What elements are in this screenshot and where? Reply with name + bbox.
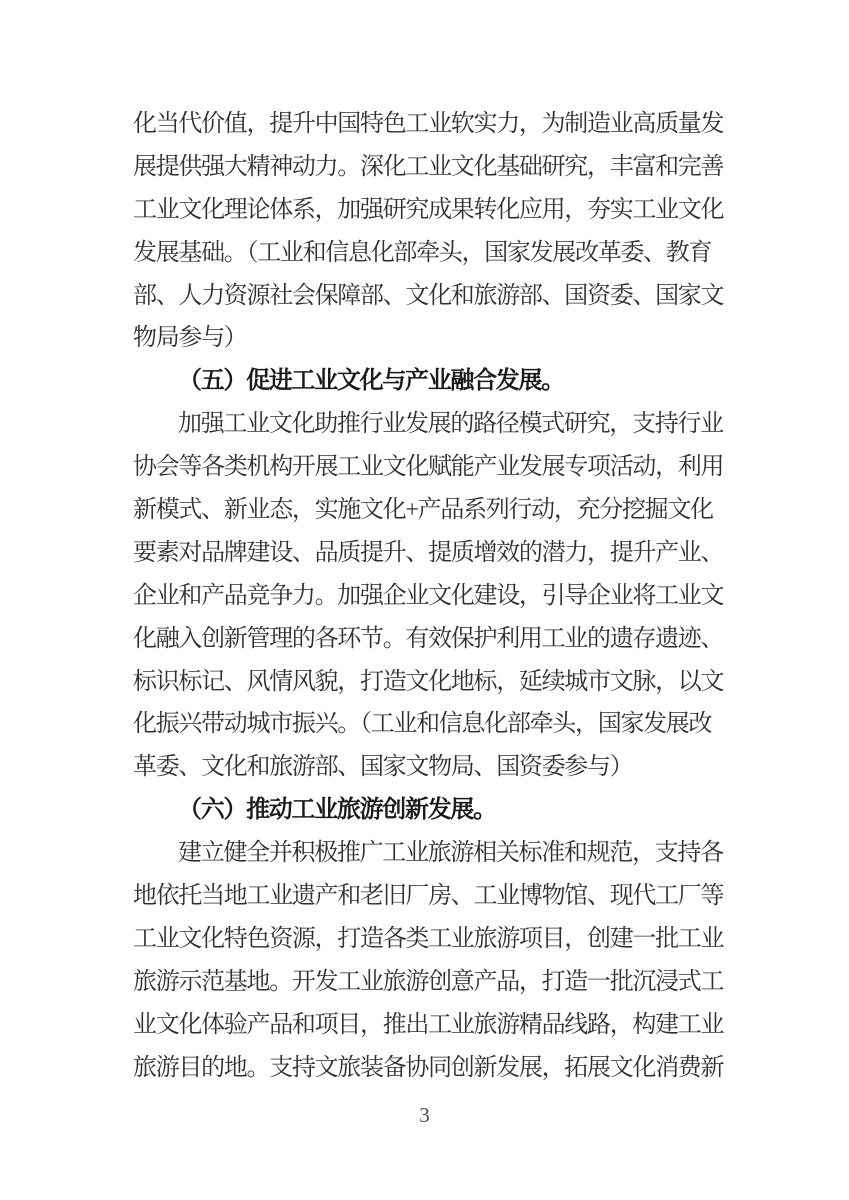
text-line: 旅游目的地。支持文旅装备协同创新发展，拓展文化消费新 — [133, 1047, 723, 1090]
text-line: 化当代价值，提升中国特色工业软实力，为制造业高质量发 — [133, 103, 723, 146]
text-line: 旅游示范基地。开发工业旅游创意产品，打造一批沉浸式工 — [133, 961, 723, 1004]
text-line: 部、人力资源社会保障部、文化和旅游部、国资委、国家文 — [133, 275, 723, 318]
text-line: 革委、文化和旅游部、国家文物局、国资委参与） — [133, 746, 723, 789]
text-line: 业文化体验产品和项目，推出工业旅游精品线路，构建工业 — [133, 1004, 723, 1047]
text-line: 要素对品牌建设、品质提升、提质增效的潜力，提升产业、 — [133, 532, 723, 575]
text-line: 化融入创新管理的各环节。有效保护利用工业的遗存遗迹、 — [133, 618, 723, 661]
text-line: 展提供强大精神动力。深化工业文化基础研究，丰富和完善 — [133, 146, 723, 189]
text-line: 工业文化特色资源，打造各类工业旅游项目，创建一批工业 — [133, 918, 723, 961]
text-line: 化振兴带动城市振兴。（工业和信息化部牵头，国家发展改 — [133, 703, 723, 746]
text-line: 标识标记、风情风貌，打造文化地标，延续城市文脉，以文 — [133, 661, 723, 704]
text-line: 工业文化理论体系，加强研究成果转化应用，夯实工业文化 — [133, 189, 723, 232]
document-page: 化当代价值，提升中国特色工业软实力，为制造业高质量发展提供强大精神动力。深化工业… — [0, 0, 849, 1200]
text-line: 协会等各类机构开展工业文化赋能产业发展专项活动，利用 — [133, 446, 723, 489]
text-line: 物局参与） — [133, 317, 723, 360]
text-line: 加强工业文化助推行业发展的路径模式研究，支持行业 — [133, 403, 723, 446]
document-body: 化当代价值，提升中国特色工业软实力，为制造业高质量发展提供强大精神动力。深化工业… — [133, 103, 723, 1089]
text-line: 企业和产品竞争力。加强企业文化建设，引导企业将工业文 — [133, 575, 723, 618]
text-line: 新模式、新业态，实施文化+产品系列行动，充分挖掘文化 — [133, 489, 723, 532]
section-heading: （五）促进工业文化与产业融合发展。 — [133, 360, 723, 403]
text-line: 发展基础。（工业和信息化部牵头，国家发展改革委、教育 — [133, 232, 723, 275]
section-heading: （六）推动工业旅游创新发展。 — [133, 789, 723, 832]
text-line: 地依托当地工业遗产和老旧厂房、工业博物馆、现代工厂等 — [133, 875, 723, 918]
page-number: 3 — [0, 1100, 849, 1130]
text-line: 建立健全并积极推广工业旅游相关标准和规范，支持各 — [133, 832, 723, 875]
